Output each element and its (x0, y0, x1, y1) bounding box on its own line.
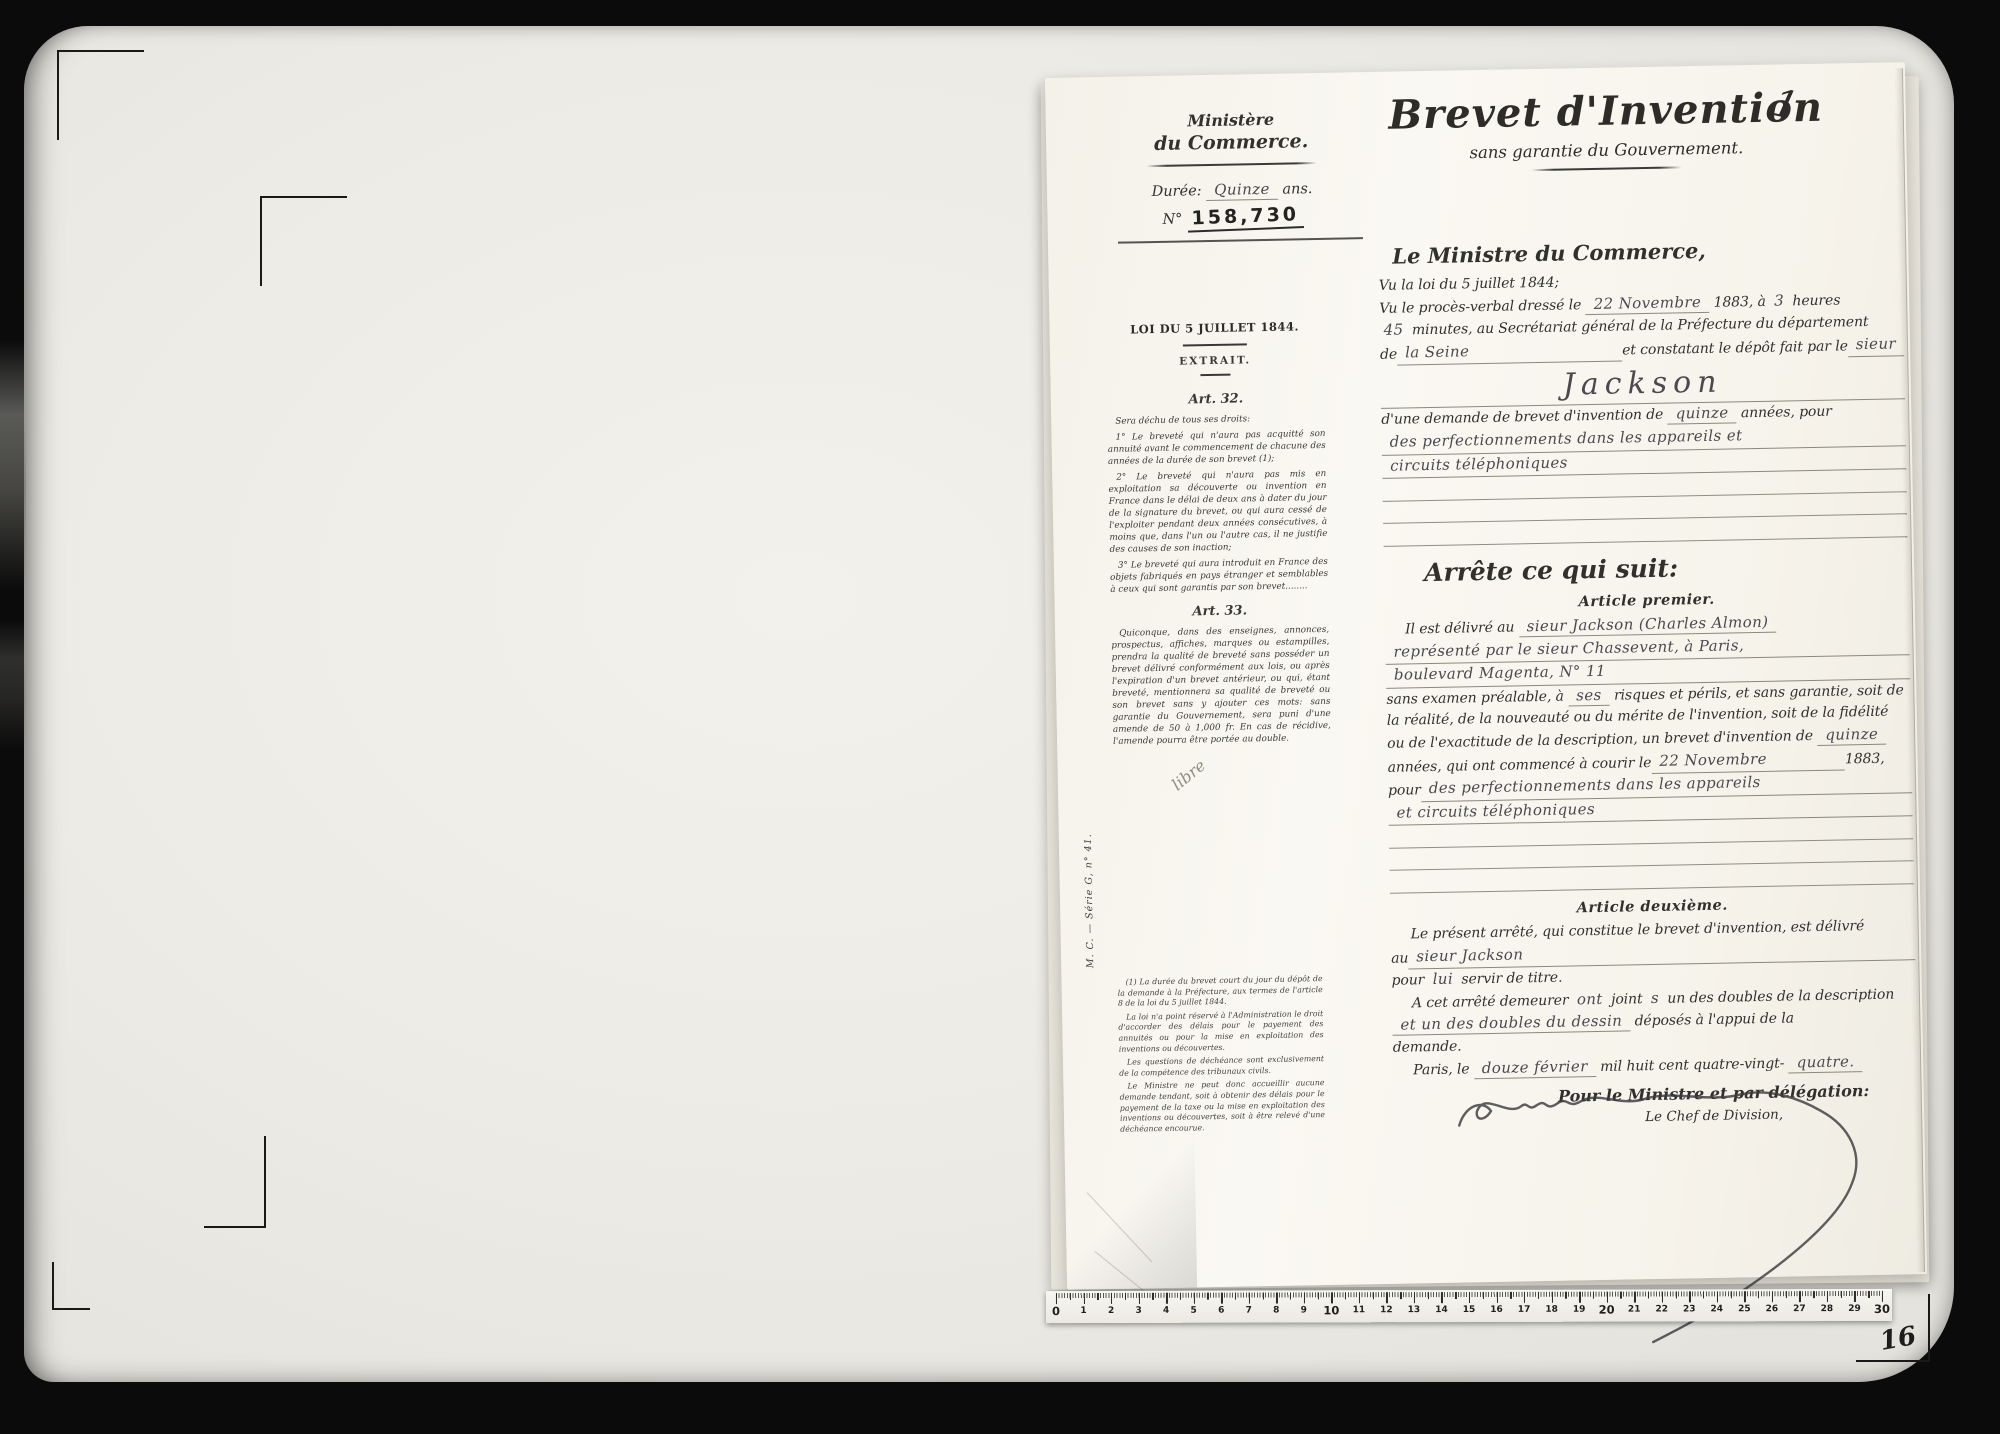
ruler-tick (1359, 1292, 1360, 1303)
law-footnote: Le Ministre ne peut donc accueillir aucu… (1119, 1078, 1325, 1135)
ruler-number: 11 (1348, 1305, 1370, 1315)
printed-text: sans examen préalable, à (1386, 688, 1564, 707)
law-article-32-item: 1° Le breveté qui n'aura pas acquitté so… (1107, 427, 1326, 467)
printed-text: 1883, (1845, 748, 1885, 770)
ruler-tick (1689, 1291, 1690, 1302)
minister-heading: Le Ministre du Commerce, (1378, 234, 1902, 269)
corner-registration-mark (52, 1262, 90, 1310)
ruler-half-tick (1868, 1291, 1869, 1298)
document-title: Brevet d'Invention (1345, 85, 1866, 139)
handwritten-fill: s (1647, 989, 1663, 1007)
ruler-half-tick (1703, 1291, 1704, 1298)
ruler-tick (1579, 1292, 1580, 1303)
ruler-tick (1221, 1293, 1222, 1304)
ruler-tick (1552, 1292, 1553, 1303)
printed-text: risques et périls, et sans garantie, soi… (1614, 682, 1904, 703)
ruler-number: 3 (1128, 1306, 1150, 1316)
ruler-number: 20 (1596, 1303, 1618, 1317)
ruler-half-tick (1235, 1293, 1236, 1300)
ruler-number: 10 (1320, 1303, 1342, 1317)
ruler-tick (1386, 1292, 1387, 1303)
law-article-33-text: Quiconque, dans des enseignes, annonces,… (1111, 623, 1331, 747)
ruler-tick (1083, 1293, 1084, 1304)
ruler-number: 18 (1541, 1305, 1563, 1315)
ruler-tick (1139, 1293, 1140, 1304)
handwritten-fill: et un des doubles du dessin (1392, 1012, 1630, 1036)
ruler-half-tick (1373, 1292, 1374, 1299)
ruler-number: 5 (1183, 1306, 1205, 1316)
ruler-tick (1056, 1293, 1057, 1304)
handwritten-fill: sieur Jackson (1408, 944, 1531, 970)
blank-rule (1775, 753, 1845, 772)
ruler-half-tick (1262, 1293, 1263, 1300)
handwritten-fill: la Seine (1397, 341, 1478, 366)
handwritten-fill: 22 Novembre (1651, 748, 1775, 774)
printed-text: d'une demande de brevet d'invention de (1381, 407, 1663, 428)
ruler-half-tick (1565, 1292, 1566, 1299)
ruler-half-tick (1125, 1293, 1126, 1300)
ruler-half-tick (1318, 1292, 1319, 1299)
document-title-block: Brevet d'Invention sans garantie du Gouv… (1345, 85, 1866, 175)
ruler-half-tick (1152, 1293, 1153, 1300)
printed-text: au (1391, 948, 1409, 970)
handwritten-fill: 3 (1770, 291, 1788, 309)
ruler-tick (1854, 1291, 1855, 1302)
printed-text: minutes, au Secrétariat général de la Pr… (1412, 314, 1869, 338)
law-article-33-heading: Art. 33. (1111, 601, 1329, 620)
printed-text: Vu le procès-verbal dressé le (1379, 297, 1581, 317)
ruler-number: 7 (1238, 1306, 1260, 1316)
law-article-32-item: 3° Le breveté qui aura introduit en Fran… (1110, 555, 1329, 595)
ruler-half-tick (1593, 1292, 1594, 1299)
ruler-half-tick (1758, 1291, 1759, 1298)
law-article-32-heading: Art. 32. (1107, 389, 1325, 408)
ruler-tick (1662, 1291, 1663, 1302)
ruler-half-tick (1483, 1292, 1484, 1299)
law-footnote: Les questions de déchéance sont exclusiv… (1119, 1054, 1324, 1079)
film-smudge (0, 340, 26, 590)
ruler-half-tick (1207, 1293, 1208, 1300)
ruler-number: 24 (1706, 1304, 1728, 1314)
ruler-number: 17 (1513, 1305, 1535, 1315)
handwritten-fill: et circuits téléphoniques (1388, 799, 1603, 827)
printed-text: 1883, à (1713, 293, 1765, 310)
ruler-tick (1634, 1292, 1635, 1303)
ruler-tick (1772, 1291, 1773, 1302)
ruler-tick (1496, 1292, 1497, 1303)
printed-text: servir de titre. (1461, 970, 1562, 988)
handwritten-fill: 45 (1379, 321, 1407, 340)
ruler-number: 16 (1486, 1305, 1508, 1315)
law-title: LOI DU 5 JUILLET 1844. (1105, 319, 1323, 337)
law-footnote: La loi n'a point réservé à l'Administrat… (1118, 1009, 1324, 1055)
ruler-tick (1111, 1293, 1112, 1304)
ruler-number: 12 (1375, 1305, 1397, 1315)
ruler-half-tick (1455, 1292, 1456, 1299)
document-sheet: 1 Ministère du Commerce. Durée: Quinze a… (1045, 62, 1927, 1290)
ruler-half-tick (1813, 1291, 1814, 1298)
ruler-number: 22 (1651, 1304, 1673, 1314)
ruler-tick (1276, 1293, 1277, 1304)
ministry-stamp-panel: Ministère du Commerce. Durée: Quinze ans… (1116, 108, 1348, 243)
patent-number-stamp: 158,730 (1187, 203, 1303, 233)
ruler-half-tick (1180, 1293, 1181, 1300)
ruler-tick (1882, 1291, 1883, 1302)
pencil-annotation: libre (1168, 756, 1209, 794)
ruler-tick (1194, 1293, 1195, 1304)
ruler-tick (1607, 1292, 1608, 1303)
ruler-number: 0 (1045, 1304, 1067, 1318)
printed-text: joint (1611, 991, 1643, 1008)
ruler-tick (1717, 1291, 1718, 1302)
duration-line: Durée: Quinze ans. (1117, 177, 1347, 203)
duration-label: Durée: (1152, 183, 1202, 200)
duration-value-handwritten: Quinze (1206, 180, 1278, 201)
law-article-32-item: 2° Le breveté qui n'aura pas mis en expl… (1108, 467, 1328, 555)
ruler-half-tick (1070, 1293, 1071, 1300)
ministry-name-line1: Ministère (1116, 108, 1346, 131)
printed-text: pour (1388, 780, 1421, 802)
ruler-tick (1414, 1292, 1415, 1303)
ruler-number: 9 (1293, 1305, 1315, 1315)
corner-registration-mark (57, 50, 144, 140)
ruler-tick (1331, 1292, 1332, 1303)
ruler-half-tick (1345, 1292, 1346, 1299)
ruler-number: 1 (1073, 1306, 1095, 1316)
ministry-name-line2: du Commerce. (1116, 129, 1346, 155)
ruler-number: 26 (1761, 1304, 1783, 1314)
blank-rule (1750, 428, 1905, 449)
printed-text: A cet arrêté demeurer (1412, 992, 1569, 1011)
microfilm-frame: { "film": { "page_marker": "1", "corner_… (0, 0, 2000, 1434)
ruler-half-tick (1786, 1291, 1787, 1298)
handwritten-fill: ont (1573, 990, 1607, 1009)
law-footnotes: (1) La durée du brevet court du jour du … (1117, 971, 1325, 1138)
ruler-half-tick (1510, 1292, 1511, 1299)
printed-text: déposés à l'appui de la (1634, 1011, 1794, 1030)
patentee-name-handwritten: Jackson (1533, 364, 1753, 405)
handwritten-fill: sieur Jackson (Charles Almon) (1519, 613, 1777, 638)
corner-registration-mark (204, 1136, 266, 1228)
ruler-half-tick (1538, 1292, 1539, 1299)
measurement-ruler: 0123456789101112131415161718192021222324… (1046, 1289, 1892, 1323)
ruler-half-tick (1841, 1291, 1842, 1298)
ruler-tick (1166, 1293, 1167, 1304)
divider-rule (1183, 343, 1247, 346)
printed-text: un des doubles de la description (1667, 986, 1894, 1006)
ruler-number: 8 (1265, 1305, 1287, 1315)
law-article-32-items: 1° Le breveté qui n'aura pas acquitté so… (1107, 427, 1328, 595)
printed-text: pour (1391, 972, 1424, 989)
handwritten-fill: circuits téléphoniques (1382, 452, 1576, 479)
ruler-number: 21 (1623, 1305, 1645, 1315)
document-subtitle: sans garantie du Gouvernement. (1346, 136, 1866, 165)
ruler-number: 4 (1155, 1306, 1177, 1316)
ruler-number: 30 (1871, 1302, 1893, 1316)
ruler-number: 19 (1568, 1305, 1590, 1315)
series-imprint-note: M. C. — Série G, n° 41. (1083, 833, 1096, 968)
ruler-half-tick (1400, 1292, 1401, 1299)
ruler-tick (1469, 1292, 1470, 1303)
ruler-tick (1304, 1292, 1305, 1303)
law-subtitle: EXTRAIT. (1106, 353, 1324, 369)
handwritten-fill: quinze (1667, 404, 1736, 425)
film-smudge (0, 620, 26, 750)
ruler-half-tick (1428, 1292, 1429, 1299)
printed-text: années, pour (1741, 404, 1832, 422)
corner-registration-mark (260, 196, 347, 286)
ruler-half-tick (1675, 1291, 1676, 1298)
ruler-tick (1441, 1292, 1442, 1303)
ruler-tick (1799, 1291, 1800, 1302)
handwritten-fill: quinze (1817, 725, 1886, 746)
ruler-tick (1744, 1291, 1745, 1302)
ruler-number: 29 (1843, 1304, 1865, 1314)
printed-text: et constatant le dépôt fait par le (1622, 336, 1848, 362)
ruler-number: 28 (1816, 1304, 1838, 1314)
ruler-half-tick (1290, 1292, 1291, 1299)
ruler-number: 25 (1733, 1304, 1755, 1314)
ruler-number: 6 (1210, 1306, 1232, 1316)
handwritten-fill: ses (1568, 685, 1610, 706)
ruler-number: 23 (1678, 1304, 1700, 1314)
decree-heading: Arrête ce qui suit: (1384, 549, 1908, 588)
ruler-number: 15 (1458, 1305, 1480, 1315)
handwritten-fill: sieur (1848, 333, 1905, 358)
law-article-32-intro: Sera déchu de tous ses droits: (1107, 411, 1325, 427)
decree-body: Le Ministre du Commerce, Vu la loi du 5 … (1378, 234, 1918, 1130)
divider-flourish (1147, 162, 1317, 167)
law-extract-column: LOI DU 5 JUILLET 1844. EXTRAIT. Art. 32.… (1105, 319, 1331, 751)
ruler-tick (1827, 1291, 1828, 1302)
printed-text: Il est délivré au (1405, 619, 1514, 637)
ruler-number: 14 (1430, 1305, 1452, 1315)
patent-number-line: N° 158,730 (1117, 203, 1347, 232)
printed-text: de (1380, 344, 1397, 366)
handwritten-fill: 22 Novembre (1585, 292, 1709, 314)
handwritten-fill: lui (1428, 970, 1457, 989)
ruler-tick (1524, 1292, 1525, 1303)
ruler-half-tick (1731, 1291, 1732, 1298)
blank-rule (1477, 344, 1622, 365)
printed-text: heures (1792, 292, 1840, 309)
law-footnote: (1) La durée du brevet court du jour du … (1117, 974, 1323, 1010)
ruler-number: 13 (1403, 1305, 1425, 1315)
duration-suffix: ans. (1282, 181, 1312, 198)
divider-rule (1118, 237, 1363, 243)
ruler-number: 2 (1100, 1306, 1122, 1316)
ruler-tick (1249, 1293, 1250, 1304)
divider-flourish (1532, 166, 1682, 171)
ruler-number: 27 (1788, 1304, 1810, 1314)
divider-rule (1200, 374, 1230, 376)
number-label: N° (1162, 211, 1182, 227)
ruler-half-tick (1620, 1292, 1621, 1299)
ruler-half-tick (1097, 1293, 1098, 1300)
ruler-half-tick (1648, 1292, 1649, 1299)
